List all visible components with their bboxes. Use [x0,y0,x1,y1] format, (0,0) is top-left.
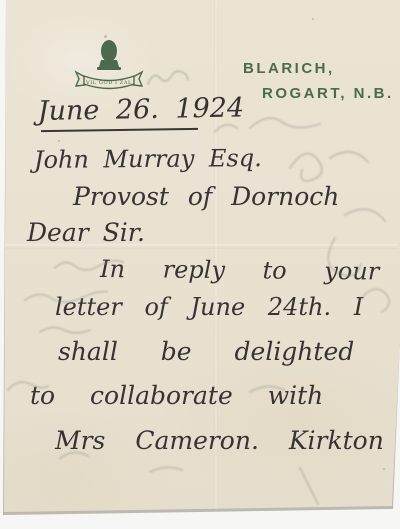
paper-speck [58,140,60,142]
date-underline [41,128,198,132]
crest-motto: VIL GOD I ZAL [85,80,132,86]
letter-scan: VIL GOD I ZAL BLARICH, ROGART, N.B. June… [0,0,400,529]
handwritten-date: June 26. 1924 [37,92,244,127]
handwriting-line-recipient: John Murray Esq. [34,144,262,174]
paper-speck [104,35,107,38]
handwriting-line-recipient-title: Provost of Dornoch [73,182,339,211]
handwriting-line-salutation: Dear Sir. [27,218,145,247]
handwriting-line-body-2: letter of June 24th. I [55,293,363,321]
handwriting-line-body-3: shall be delighted [58,337,354,366]
handwriting-line-body-5: Mrs Cameron. Kirkton [55,426,384,455]
letterhead-address-line1: BLARICH, [243,60,335,77]
clan-crest-icon: VIL GOD I ZAL [68,38,150,96]
handwriting-line-body-4: to collaborate with [30,381,323,410]
handwriting-line-body-1: In reply to your [100,255,379,285]
paper-speck [312,18,314,20]
letterhead-address-line2: ROGART, N.B. [262,85,394,102]
paper-speck [383,468,385,470]
letter-paper: VIL GOD I ZAL BLARICH, ROGART, N.B. June… [0,0,400,529]
